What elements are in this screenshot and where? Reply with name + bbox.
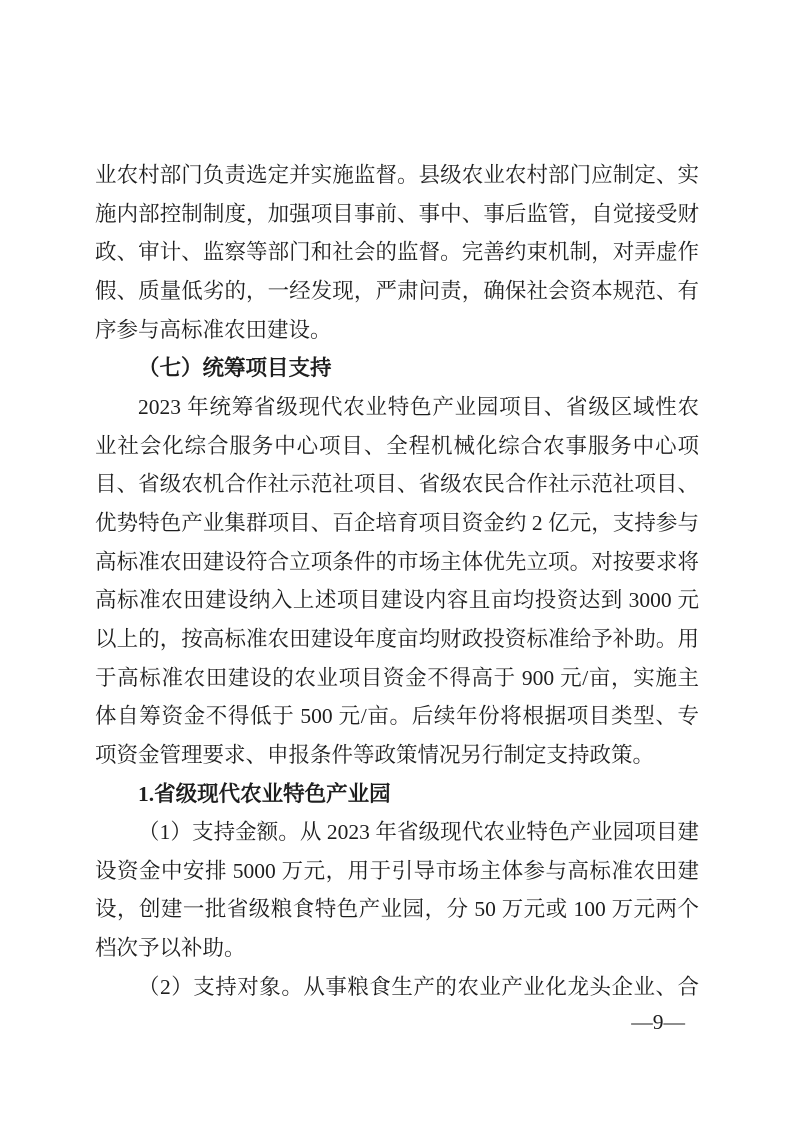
body-text-line: 项资金管理要求、申报条件等政策情况另行制定支持政策。 [95, 736, 699, 775]
body-text-line: 优势特色产业集群项目、百企培育项目资金约 2 亿元，支持参与 [95, 504, 699, 543]
body-text-line: 目、省级农机合作社示范社项目、省级农民合作社示范社项目、 [95, 465, 699, 504]
body-text-line: 体自筹资金不得低于 500 元/亩。后续年份将根据项目类型、专 [95, 697, 699, 736]
body-text-line: （1）支持金额。从 2023 年省级现代农业特色产业园项目建 [95, 813, 699, 852]
body-text-line: 假、质量低劣的，一经发现，严肃问责，确保社会资本规范、有 [95, 272, 699, 311]
body-text-line: 业社会化综合服务中心项目、全程机械化综合农事服务中心项 [95, 427, 699, 466]
body-text-line: 设资金中安排 5000 万元，用于引导市场主体参与高标准农田建 [95, 852, 699, 891]
text-block: 业农村部门负责选定并实施监督。县级农业农村部门应制定、实施内部控制制度，加强项目… [95, 156, 699, 1006]
heading-line: （七）统筹项目支持 [95, 349, 699, 388]
body-text-line: 业农村部门负责选定并实施监督。县级农业农村部门应制定、实 [95, 156, 699, 195]
body-text-line: 高标准农田建设符合立项条件的市场主体优先立项。对按要求将 [95, 543, 699, 582]
body-text-line: 以上的，按高标准农田建设年度亩均财政投资标准给予补助。用 [95, 620, 699, 659]
body-text-line: 序参与高标准农田建设。 [95, 311, 699, 350]
body-text-line: 设，创建一批省级粮食特色产业园，分 50 万元或 100 万元两个 [95, 890, 699, 929]
body-text-line: 于高标准农田建设的农业项目资金不得高于 900 元/亩，实施主 [95, 659, 699, 698]
body-text-line: 档次予以补助。 [95, 929, 699, 968]
page-number: —9— [631, 1008, 685, 1036]
body-text-line: 2023 年统筹省级现代农业特色产业园项目、省级区域性农 [95, 388, 699, 427]
body-text-line: 高标准农田建设纳入上述项目建设内容且亩均投资达到 3000 元 [95, 581, 699, 620]
body-text-line: 施内部控制制度，加强项目事前、事中、事后监管，自觉接受财 [95, 195, 699, 234]
body-text-line: （2）支持对象。从事粮食生产的农业产业化龙头企业、合 [95, 968, 699, 1007]
heading-line: 1.省级现代农业特色产业园 [95, 775, 699, 814]
document-page: 业农村部门负责选定并实施监督。县级农业农村部门应制定、实施内部控制制度，加强项目… [0, 0, 793, 1123]
body-text-line: 政、审计、监察等部门和社会的监督。完善约束机制，对弄虚作 [95, 233, 699, 272]
